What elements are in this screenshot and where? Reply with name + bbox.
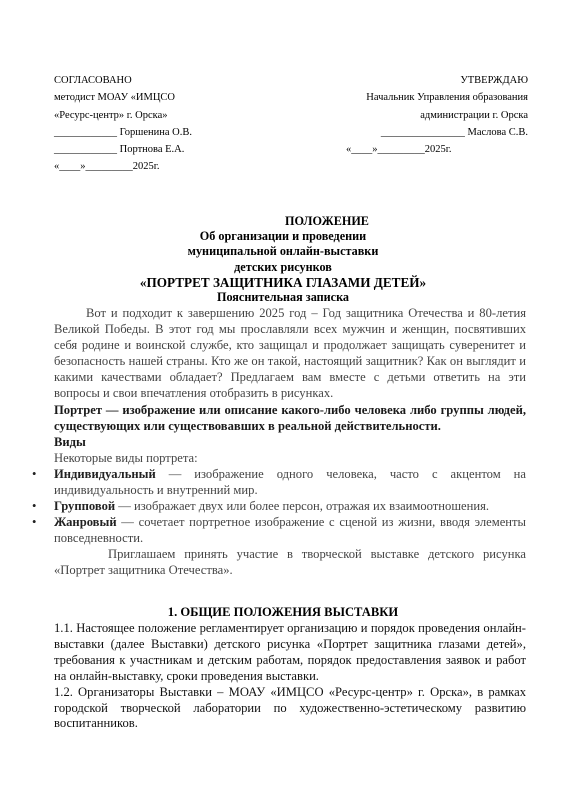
approval-line: методист МОАУ «ИМЦСО (54, 89, 294, 106)
type-term: Групповой (54, 499, 115, 513)
doc-type-heading: ПОЛОЖЕНИЕ (40, 214, 526, 229)
subtitle: Пояснительная записка (40, 290, 526, 305)
portrait-definition: Портрет — изображение или описание каког… (54, 403, 526, 435)
clause: 1.1. Настоящее положение регламентирует … (54, 621, 526, 685)
bullet-icon: • (32, 467, 36, 483)
date-line: «____»_________2025г. (54, 158, 294, 175)
document-page: СОГЛАСОВАНО методист МОАУ «ИМЦСО «Ресурс… (0, 0, 566, 800)
type-description: — сочетает портретное изображение с сцен… (54, 515, 526, 545)
document-title: ПОЛОЖЕНИЕ Об организации и проведении му… (40, 214, 526, 305)
approval-heading-agreed: СОГЛАСОВАНО (54, 72, 294, 89)
types-heading: Виды (54, 435, 526, 451)
approval-block-agreed: СОГЛАСОВАНО методист МОАУ «ИМЦСО «Ресурс… (54, 72, 294, 176)
exhibition-name: «ПОРТРЕТ ЗАЩИТНИКА ГЛАЗАМИ ДЕТЕЙ» (40, 275, 526, 290)
date-line: «____»_________2025г. (288, 141, 528, 158)
list-item: •Жанровый — сочетает портретное изображе… (54, 515, 526, 547)
title-line: Об организации и проведении (40, 229, 526, 244)
bullet-icon: • (32, 515, 36, 531)
type-term: Индивидуальный (54, 467, 156, 481)
list-item: •Индивидуальный — изображение одного чел… (54, 467, 526, 499)
approval-line: «Ресурс-центр» г. Орска» (54, 107, 294, 124)
approval-heading-approved: УТВЕРЖДАЮ (288, 72, 528, 89)
approval-line: администрации г. Орска (288, 107, 528, 124)
approval-line: Начальник Управления образования (288, 89, 528, 106)
list-item: •Групповой — изображает двух или более п… (54, 499, 526, 515)
clause: 1.2. Организаторы Выставки – МОАУ «ИМЦСО… (54, 685, 526, 733)
invitation-paragraph: Приглашаем принять участие в творческой … (54, 547, 526, 579)
portrait-types-list: •Индивидуальный — изображение одного чел… (54, 467, 526, 547)
intro-paragraph: Вот и подходит к завершению 2025 год – Г… (54, 306, 526, 401)
approval-block-approved: УТВЕРЖДАЮ Начальник Управления образован… (288, 72, 528, 158)
signature-line: ________________ Маслова С.В. (288, 124, 528, 141)
type-description: — изображает двух или более персон, отра… (115, 499, 489, 513)
types-intro: Некоторые виды портрета: (54, 451, 526, 467)
section-general-provisions: 1.1. Настоящее положение регламентирует … (54, 621, 526, 732)
type-term: Жанровый (54, 515, 117, 529)
title-line: детских рисунков (40, 260, 526, 275)
section-heading: 1. ОБЩИЕ ПОЛОЖЕНИЯ ВЫСТАВКИ (40, 604, 526, 620)
title-line: муниципальной онлайн-выставки (40, 244, 526, 259)
bullet-icon: • (32, 499, 36, 515)
signature-line: ____________ Портнова Е.А. (54, 141, 294, 158)
signature-line: ____________ Горшенина О.В. (54, 124, 294, 141)
explanatory-note: Вот и подходит к завершению 2025 год – Г… (54, 306, 526, 578)
